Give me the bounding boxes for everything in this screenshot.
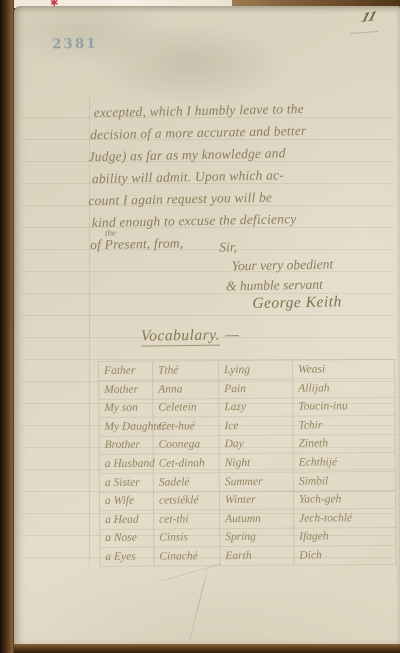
english-term: Autumn — [220, 509, 294, 529]
native-term: cet-thi — [154, 510, 220, 529]
english-term: My Daughter — [99, 417, 153, 436]
native-term: Dich — [294, 546, 396, 566]
native-term: Jech-tochlé — [294, 509, 396, 529]
native-term: Yach-geh — [294, 490, 396, 510]
native-term: Anna — [153, 380, 219, 399]
native-term: Zineth — [294, 434, 396, 454]
closing-line: Your very obedient — [232, 256, 334, 274]
table-row: My son Celetein Lazy Toucin-inu — [99, 397, 396, 418]
book-binding — [0, 0, 14, 653]
english-term: a Husband — [100, 455, 154, 474]
native-term: Cet-hué — [153, 417, 219, 436]
english-term: Night — [220, 454, 294, 474]
table-row: a Sister Sadelé Summer Simbil — [100, 471, 397, 492]
english-term: Summer — [220, 472, 294, 492]
native-term: Ifageh — [294, 527, 396, 547]
signature: George Keith — [252, 293, 342, 313]
native-term: Cinaché — [154, 547, 220, 566]
english-term: Lazy — [219, 398, 293, 418]
margin-line — [89, 96, 90, 566]
english-term: Day — [220, 435, 294, 455]
english-term: My son — [99, 399, 153, 418]
english-term: Spring — [220, 528, 294, 548]
salutation: Sir, — [219, 239, 237, 255]
native-term: Echthijé — [294, 453, 396, 473]
native-term: Coonega — [154, 436, 220, 455]
native-term: Celetein — [153, 398, 219, 417]
vocabulary-heading-dash: — — [225, 326, 240, 343]
english-term: Mother — [99, 380, 153, 399]
manuscript-scan: ✱ 2381 11 excepted, which I humbly leave… — [0, 0, 400, 653]
table-row: Brother Coonega Day Zineth — [100, 434, 397, 455]
red-mark-icon: ✱ — [50, 0, 58, 9]
table-row: a Eyes Cinaché Earth Dich — [100, 546, 397, 567]
english-term: a Wife — [100, 492, 154, 511]
table-row: My Daughter Cet-hué Ice Tchir — [99, 416, 396, 437]
english-term: Earth — [220, 547, 294, 567]
table-row: a Wife cetsiéklé Winter Yach-geh — [100, 490, 397, 511]
english-term: Pain — [219, 379, 293, 399]
table-row: Father Tthé Lying Weasi — [99, 360, 396, 381]
native-term: Cet-dinah — [154, 454, 220, 473]
native-term: Cinsis — [154, 528, 220, 547]
table-row: a Head cet-thi Autumn Jech-tochlé — [100, 509, 397, 530]
english-term: Lying — [219, 361, 293, 381]
native-term: Toucin-inu — [293, 397, 395, 417]
english-term: a Sister — [100, 473, 154, 492]
english-term: a Nose — [100, 529, 154, 548]
native-term: Weasi — [293, 360, 395, 380]
vocabulary-table: Father Tthé Lying Weasi Mother Anna Pain… — [98, 359, 397, 567]
english-term: Father — [99, 362, 153, 381]
english-term: a Head — [100, 510, 154, 529]
vocabulary-heading-text: Vocabulary. — [141, 327, 220, 347]
native-term: Sadelé — [154, 473, 220, 492]
native-term: Tthé — [153, 361, 219, 380]
native-term: Tchir — [293, 416, 395, 436]
table-row: a Husband Cet-dinah Night Echthijé — [100, 453, 397, 474]
native-term: Allijah — [293, 379, 395, 399]
english-term: Brother — [100, 436, 154, 455]
table-row: a Nose Cinsis Spring Ifageh — [100, 527, 397, 548]
native-term: Simbil — [294, 471, 396, 491]
vocabulary-heading: Vocabulary.— — [141, 326, 240, 345]
table-row: Mother Anna Pain Allijah — [99, 379, 396, 400]
letter-line: of Present, from, — [90, 235, 183, 253]
page-bottom-edge — [14, 644, 400, 653]
native-term: cetsiéklé — [154, 491, 220, 510]
archive-stamp: 2381 — [52, 36, 98, 53]
closing-line: & humble servant — [226, 277, 323, 295]
english-term: Winter — [220, 491, 294, 511]
english-term: Ice — [219, 416, 293, 436]
inserted-word: the — [105, 228, 116, 238]
english-term: a Eyes — [100, 548, 154, 567]
